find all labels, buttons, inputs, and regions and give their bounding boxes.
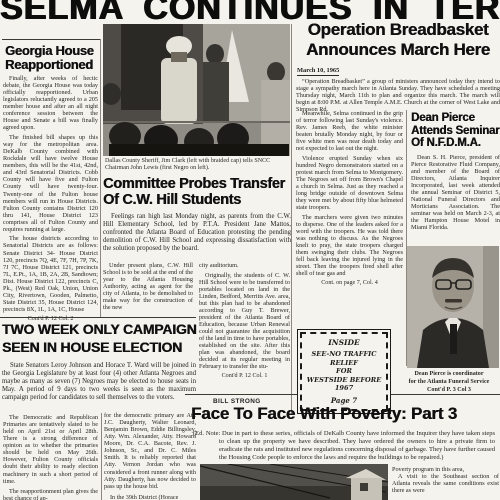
georgia-house-top-rule xyxy=(2,39,100,40)
inside-line: WESTSIDE BEFORE 1967 xyxy=(303,376,385,393)
cw-hill-column-1: Under present plans, C.W. Hill School is… xyxy=(103,262,193,314)
two-week-paragraph: The reapportionment plan gives the best … xyxy=(3,488,98,500)
inside-line: SEE-NO TRAFFIC RELIEF xyxy=(303,350,385,367)
left-column-rule-lower xyxy=(101,413,102,500)
two-week-headline-line1: TWO WEEK ONLY CAMPAIGN xyxy=(2,322,196,337)
article-cw-hill: Committee Probes Transfer Of C.W. Hill S… xyxy=(103,177,291,253)
georgia-house-paragraph: Finally, after weeks of hectic debate, t… xyxy=(3,75,98,132)
banner-headline: SELMA CONTINUES IN TERROR xyxy=(0,0,500,21)
selma-photo-caption: Dallas County Sheriff, Jim Clark (left w… xyxy=(105,158,289,172)
dean-pierce-headline-line2: Attends Seminar xyxy=(411,125,500,138)
poverty-paragraph: A visit to the Southeast section of Atla… xyxy=(392,473,499,494)
georgia-house-paragraph: The house districts according to Senator… xyxy=(3,235,98,313)
two-week-lead: State Senators Leroy Johnson and Horace … xyxy=(2,362,196,402)
inside-promo-box: INSIDE SEE-NO TRAFFIC RELIEF FOR WESTSID… xyxy=(297,329,391,414)
georgia-house-paragraph: The finished bill shapes up this way for… xyxy=(3,134,98,233)
poverty-column: Poverty program in this area, A visit to… xyxy=(392,466,499,494)
selma-protest-photo-art xyxy=(103,24,290,156)
cw-hill-paragraph: city auditorium. xyxy=(199,262,290,269)
two-week-column-1: The Democratic and Republican Primaries … xyxy=(3,414,98,500)
two-week-paragraph: for the democratic primary are Att. J.C.… xyxy=(104,412,196,490)
breadbasket-lead: “Operation Breadbasket” a group of minis… xyxy=(296,78,500,113)
georgia-house-headline: Georgia House Reapportioned xyxy=(3,42,98,75)
selma-protest-photo xyxy=(103,24,290,156)
breadbasket-column: Meanwhile, Selma continued in the grip o… xyxy=(296,110,403,287)
cw-hill-column-2: city auditorium. Originally, the student… xyxy=(199,262,290,380)
breadbasket-lead-paragraph: “Operation Breadbasket” a group of minis… xyxy=(296,78,500,113)
breadbasket-headline-line1: Operation Breadbasket xyxy=(296,21,500,39)
poverty-photo-art xyxy=(200,464,388,500)
georgia-house-body: Finally, after weeks of hectic debate, t… xyxy=(3,75,98,313)
newspaper-front-page: SELMA CONTINUES IN TERROR Georgia House … xyxy=(0,0,500,500)
poverty-headline: Face To Face With Poverty: Part 3 xyxy=(191,405,457,423)
breadbasket-continued-line: Cont. on page 7, Col. 4 xyxy=(296,280,403,287)
cw-hill-continued-line: Cont'd P. 12 Col. 1 xyxy=(199,373,290,380)
article-breadbasket: Operation Breadbasket Announces March He… xyxy=(296,21,500,115)
dean-pierce-headline-line3: Of N.F.D.M.A. xyxy=(411,137,500,150)
breadbasket-dateline: March 10, 1965 xyxy=(297,67,339,76)
article-dean-pierce: Dean Pierce Attends Seminar Of N.F.D.M.A… xyxy=(411,112,500,234)
dean-pierce-caption-line: Dean Pierce is coordinator xyxy=(398,371,500,379)
article-georgia-house: Georgia House Reapportioned Finally, aft… xyxy=(3,42,98,322)
dean-pierce-caption: Dean Pierce is coordinator for the Atlan… xyxy=(398,371,500,395)
inside-line: FOR xyxy=(303,367,385,376)
article-two-week: TWO WEEK ONLY CAMPAIGN SEEN IN HOUSE ELE… xyxy=(2,322,196,402)
inside-title: INSIDE xyxy=(303,338,385,347)
cw-hill-headline-line1: Committee Probes Transfer xyxy=(103,177,291,193)
cw-hill-paragraph: Originally, the students of C. W. Hill S… xyxy=(199,272,290,371)
two-week-paragraph: The Democratic and Republican Primaries … xyxy=(3,414,98,485)
cw-hill-headline-line2: Of C.W. Hill Students xyxy=(103,193,291,209)
poverty-neighborhood-photo xyxy=(200,464,388,500)
mid-right-column-rule xyxy=(291,24,292,414)
dean-pierce-caption-line: for the Atlanta Funeral Service xyxy=(398,379,500,387)
inside-promo-inner: INSIDE SEE-NO TRAFFIC RELIEF FOR WESTSID… xyxy=(300,332,388,411)
two-week-column-2: for the democratic primary are Att. J.C.… xyxy=(104,412,196,500)
poverty-ednote: (Ed. Note: Due in part to these series, … xyxy=(193,430,495,462)
two-week-paragraph: In the 39th District (Horace xyxy=(104,494,196,500)
breadbasket-headline-line2: Announces March Here xyxy=(296,41,500,59)
poverty-paragraph: Poverty program in this area, xyxy=(392,466,499,473)
dean-pierce-photo xyxy=(407,246,499,368)
dean-pierce-continued-line: Cont'd P. 3 Col 3 xyxy=(398,387,500,395)
dean-pierce-headline-line1: Dean Pierce xyxy=(411,112,500,125)
banner-headline-text: SELMA CONTINUES IN TERROR xyxy=(0,0,500,21)
two-week-headline-line2: SEEN IN HOUSE ELECTION xyxy=(2,340,196,355)
dean-pierce-body: Dean S. H. Pierce, president of Pierce R… xyxy=(411,154,500,232)
breadbasket-paragraph: The marchers were given two minutes to d… xyxy=(296,214,403,278)
dean-pierce-photo-art xyxy=(407,246,499,368)
left-column-rule xyxy=(100,39,101,317)
cw-hill-paragraph: Under present plans, C.W. Hill School is… xyxy=(103,262,193,311)
breadbasket-paragraph: Meanwhile, Selma continued in the grip o… xyxy=(296,110,403,152)
cw-hill-lead: Feelings ran high last Monday night, as … xyxy=(103,213,291,253)
breadbasket-paragraph: Violence erupted Sunday when six hundred… xyxy=(296,155,403,212)
